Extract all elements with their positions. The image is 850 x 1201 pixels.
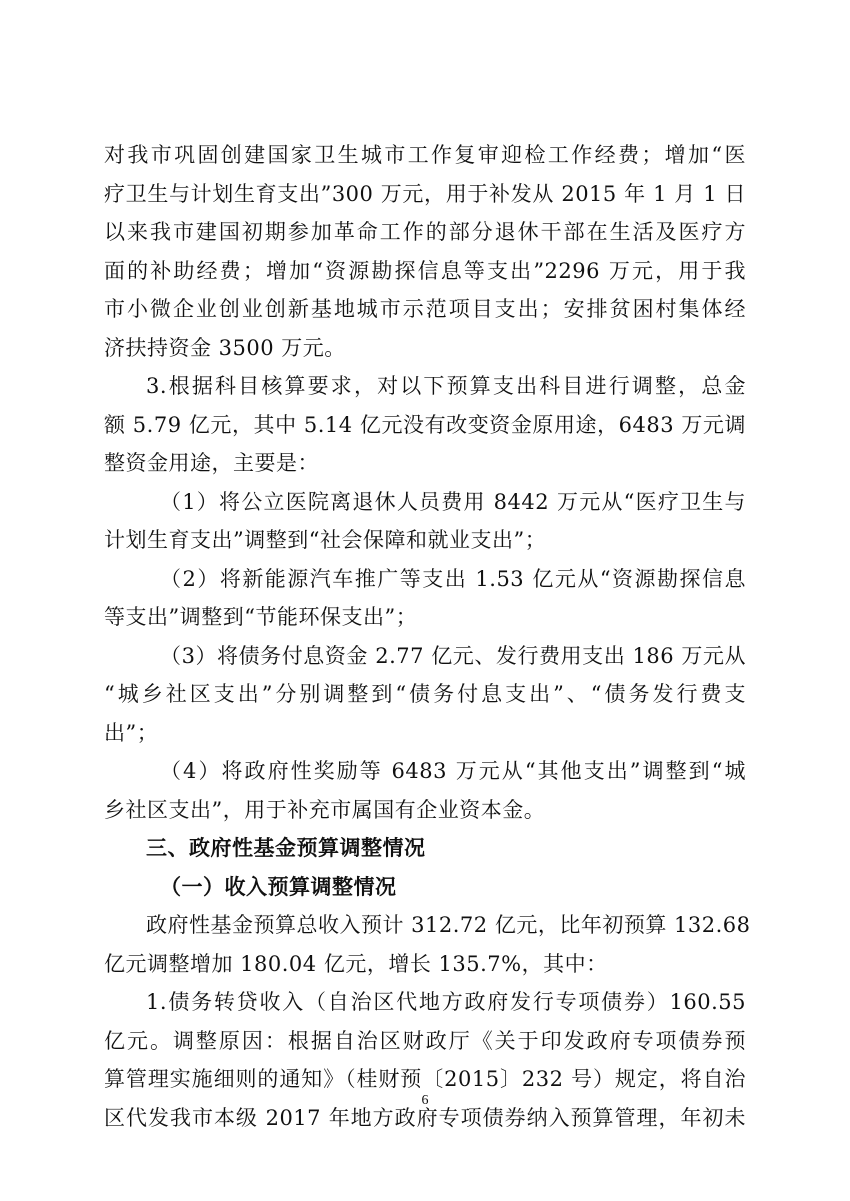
text-line: 等支出”调整到“节能环保支出”； (104, 598, 746, 637)
subsection-heading: （一）收入预算调整情况 (104, 868, 746, 907)
text-line: 济扶持资金 3500 万元。 (104, 329, 746, 368)
section-heading: 三、政府性基金预算调整情况 (104, 829, 746, 868)
list-item-3: （3）将债务付息资金 2.77 亿元、发行费用支出 186 万元从 (104, 637, 746, 676)
text-line: 以来我市建国初期参加革命工作的部分退休干部在生活及医疗方 (104, 213, 746, 252)
text-line: 整资金用途，主要是： (104, 444, 746, 483)
document-page: 对我市巩固创建国家卫生城市工作复审迎检工作经费；增加“医 疗卫生与计划生育支出”… (104, 136, 746, 1137)
list-item-4: （4）将政府性奖励等 6483 万元从“其他支出”调整到“城 (104, 752, 746, 791)
text-line: 乡社区支出”，用于补充市属国有企业资本金。 (104, 791, 746, 830)
list-item-1: （1）将公立医院离退休人员费用 8442 万元从“医疗卫生与 (104, 483, 746, 522)
text-line: 面的补助经费；增加“资源勘探信息等支出”2296 万元，用于我 (104, 252, 746, 291)
text-line: 计划生育支出”调整到“社会保障和就业支出”； (104, 521, 746, 560)
text-line: 亿元调整增加 180.04 亿元，增长 135.7%，其中： (104, 945, 746, 984)
text-line: 出”； (104, 714, 746, 753)
text-line: 疗卫生与计划生育支出”300 万元，用于补发从 2015 年 1 月 1 日 (104, 175, 746, 214)
text-line: 对我市巩固创建国家卫生城市工作复审迎检工作经费；增加“医 (104, 136, 746, 175)
text-line: 额 5.79 亿元，其中 5.14 亿元没有改变资金原用途，6483 万元调 (104, 406, 746, 445)
paragraph-start: 3.根据科目核算要求，对以下预算支出科目进行调整，总金 (104, 367, 746, 406)
paragraph-start: 政府性基金预算总收入预计 312.72 亿元，比年初预算 132.68 (104, 906, 746, 945)
paragraph-start: 1.债务转贷收入（自治区代地方政府发行专项债券）160.55 (104, 983, 746, 1022)
page-number: 6 (0, 1093, 850, 1109)
text-line: “城乡社区支出”分别调整到“债务付息支出”、“债务发行费支 (104, 675, 746, 714)
text-line: 亿元。调整原因：根据自治区财政厅《关于印发政府专项债券预 (104, 1022, 746, 1061)
list-item-2: （2）将新能源汽车推广等支出 1.53 亿元从“资源勘探信息 (104, 560, 746, 599)
text-line: 市小微企业创业创新基地城市示范项目支出；安排贫困村集体经 (104, 290, 746, 329)
